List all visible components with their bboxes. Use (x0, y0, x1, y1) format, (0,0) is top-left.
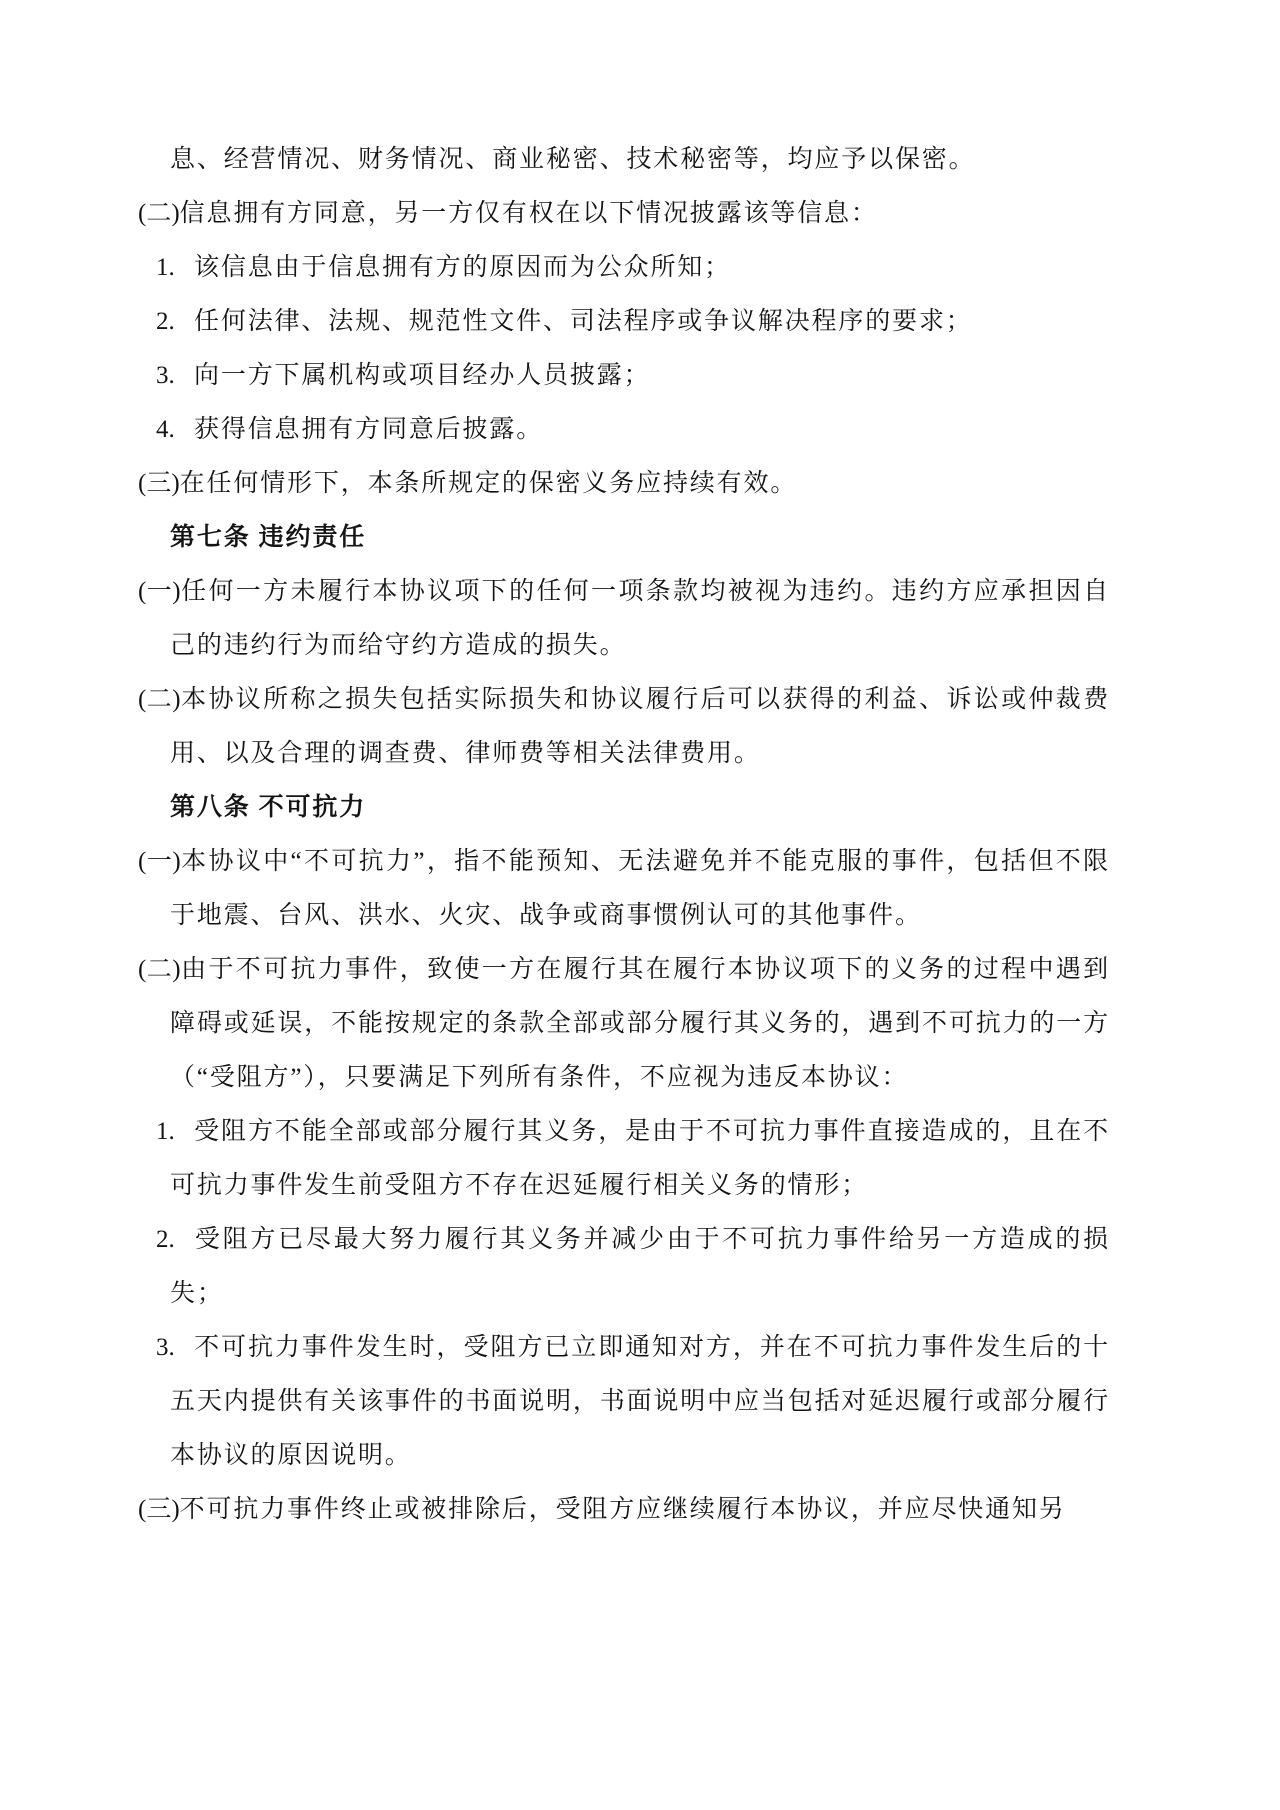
clause-marker: (三) (138, 470, 180, 497)
list-item: 2.受阻方已尽最大努力履行其义务并减少由于不可抗力事件给另一方造成的损失； (170, 1213, 1110, 1321)
article-8-heading: 第八条 不可抗力 (170, 781, 1110, 835)
list-item: 4.获得信息拥有方同意后披露。 (170, 403, 1110, 457)
list-item-text: 受阻方已尽最大努力履行其义务并减少由于不可抗力事件给另一方造成的损失； (170, 1226, 1110, 1307)
clause-paragraph: (二)本协议所称之损失包括实际损失和协议履行后可以获得的利益、诉讼或仲裁费用、以… (170, 673, 1110, 781)
clause-text: 在任何情形下，本条所规定的保密义务应持续有效。 (180, 470, 798, 497)
clause-text: 任何一方未履行本协议项下的任何一项条款均被视为违约。违约方应承担因自己的违约行为… (170, 578, 1110, 659)
clause-paragraph: (二)由于不可抗力事件，致使一方在履行其在履行本协议项下的义务的过程中遇到障碍或… (170, 943, 1110, 1105)
list-item-marker: 2. (156, 295, 194, 349)
list-item: 1.受阻方不能全部或部分履行其义务，是由于不可抗力事件直接造成的，且在不可抗力事… (170, 1105, 1110, 1213)
list-item-marker: 4. (156, 403, 194, 457)
list-item-marker: 1. (156, 1105, 194, 1159)
list-item: 3.向一方下属机构或项目经办人员披露； (170, 349, 1110, 403)
clause-marker: (二) (138, 686, 181, 713)
list-item-text: 该信息由于信息拥有方的原因而为公众所知； (194, 254, 731, 281)
list-item-text: 受阻方不能全部或部分履行其义务，是由于不可抗力事件直接造成的，且在不可抗力事件发… (170, 1118, 1110, 1199)
clause-continuation-text: 息、经营情况、财务情况、商业秘密、技术秘密等，均应予以保密。 (170, 146, 976, 173)
clause-paragraph: (一)本协议中“不可抗力”，指不能预知、无法避免并不能克服的事件，包括但不限于地… (170, 835, 1110, 943)
clause-text: 信息拥有方同意，另一方仅有权在以下情况披露该等信息： (180, 200, 878, 227)
clause-marker: (一) (138, 848, 181, 875)
clause-paragraph: (二)信息拥有方同意，另一方仅有权在以下情况披露该等信息： (170, 187, 1110, 241)
list-item-text: 不可抗力事件发生时，受阻方已立即通知对方，并在不可抗力事件发生后的十五天内提供有… (170, 1334, 1110, 1469)
list-item-marker: 3. (156, 1321, 194, 1375)
clause-marker: (三) (138, 1496, 180, 1523)
clause-paragraph: (三)在任何情形下，本条所规定的保密义务应持续有效。 (170, 457, 1110, 511)
clause-continuation-paragraph: 息、经营情况、财务情况、商业秘密、技术秘密等，均应予以保密。 (170, 133, 1110, 187)
clause-text: 由于不可抗力事件，致使一方在履行其在履行本协议项下的义务的过程中遇到障碍或延误，… (170, 956, 1110, 1091)
document-body: 息、经营情况、财务情况、商业秘密、技术秘密等，均应予以保密。 (二)信息拥有方同… (170, 0, 1110, 1537)
list-item: 3.不可抗力事件发生时，受阻方已立即通知对方，并在不可抗力事件发生后的十五天内提… (170, 1321, 1110, 1483)
clause-paragraph: (三)不可抗力事件终止或被排除后，受阻方应继续履行本协议，并应尽快通知另 (170, 1483, 1110, 1537)
clause-marker: (一) (138, 578, 181, 605)
contract-page: 息、经营情况、财务情况、商业秘密、技术秘密等，均应予以保密。 (二)信息拥有方同… (0, 0, 1280, 1810)
clause-paragraph: (一)任何一方未履行本协议项下的任何一项条款均被视为违约。违约方应承担因自己的违… (170, 565, 1110, 673)
clause-marker: (二) (138, 200, 180, 227)
list-item: 2.任何法律、法规、规范性文件、司法程序或争议解决程序的要求； (170, 295, 1110, 349)
clause-text: 不可抗力事件终止或被排除后，受阻方应继续履行本协议，并应尽快通知另 (180, 1496, 1066, 1523)
list-item-text: 向一方下属机构或项目经办人员披露； (194, 362, 650, 389)
clause-text: 本协议中“不可抗力”，指不能预知、无法避免并不能克服的事件，包括但不限于地震、台… (170, 848, 1110, 929)
list-item-text: 获得信息拥有方同意后披露。 (194, 416, 543, 443)
list-item-text: 任何法律、法规、规范性文件、司法程序或争议解决程序的要求； (194, 308, 973, 335)
article-7-heading: 第七条 违约责任 (170, 511, 1110, 565)
list-item-marker: 2. (156, 1213, 194, 1267)
clause-text: 本协议所称之损失包括实际损失和协议履行后可以获得的利益、诉讼或仲裁费用、以及合理… (170, 686, 1110, 767)
clause-marker: (二) (138, 956, 181, 983)
list-item: 1.该信息由于信息拥有方的原因而为公众所知； (170, 241, 1110, 295)
list-item-marker: 1. (156, 241, 194, 295)
list-item-marker: 3. (156, 349, 194, 403)
